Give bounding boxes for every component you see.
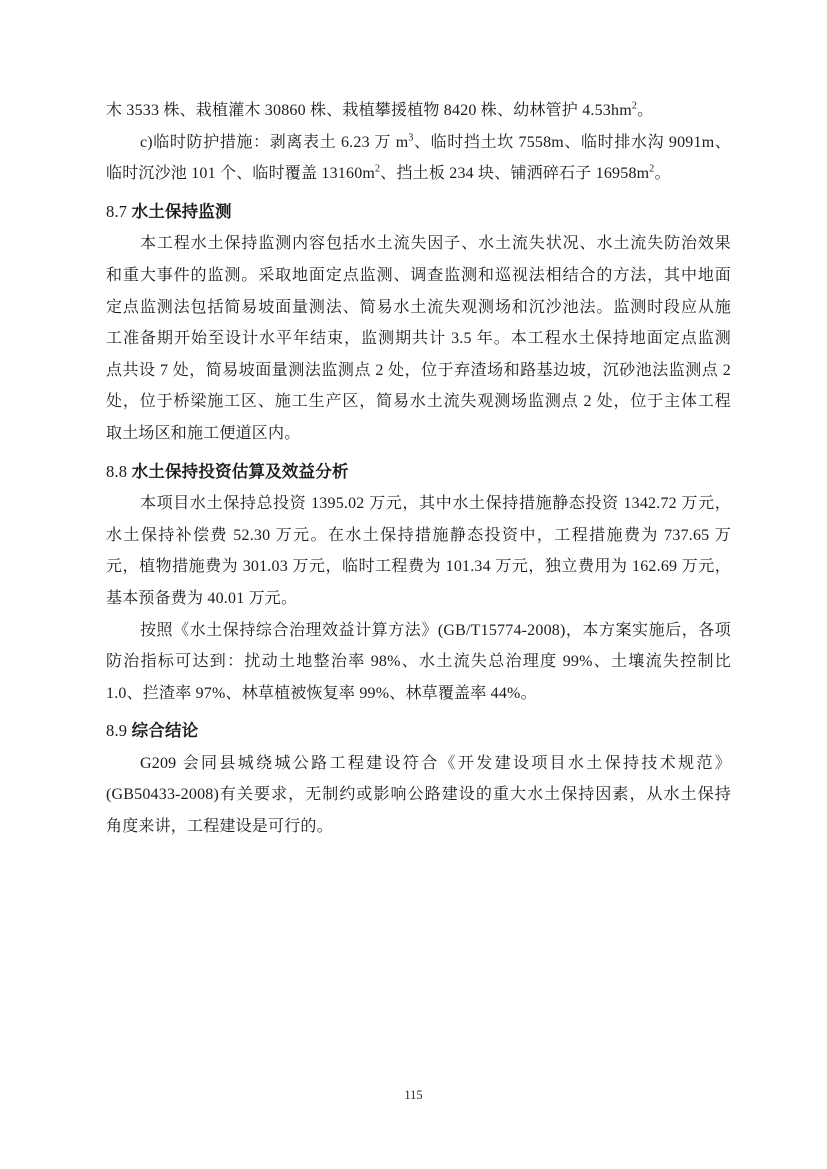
text-segment: (GB50433-2008)有关要求，无制约或影响公路建设的重大水土保持因素，从… xyxy=(106,786,731,803)
text-segment: 本项目水土保持总投资 1395.02 万元，其中水土保持措施静态投资 1342.… xyxy=(140,495,731,512)
text-line-continuation: 木 3533 株、栽植灌木 30860 株、栽植攀援植物 8420 株、幼林管护… xyxy=(106,95,731,127)
text-line: 角度来讲，工程建设是可行的。 xyxy=(106,811,731,843)
text-line: c)临时防护措施：剥离表土 6.23 万 m3、临时挡土坎 7558m、临时排水… xyxy=(106,127,731,159)
text-line: 本工程水土保持监测内容包括水土流失因子、水土流失状况、水土流失防治效果 xyxy=(106,228,731,260)
text-line: 工准备期开始至设计水平年结束，监测期共计 3.5 年。本工程水土保持地面定点监测 xyxy=(106,323,731,355)
text-line: 按照《水土保持综合治理效益计算方法》(GB/T15774-2008)，本方案实施… xyxy=(106,615,731,647)
document-page: 木 3533 株、栽植灌木 30860 株、栽植攀援植物 8420 株、幼林管护… xyxy=(0,0,827,1169)
text-segment: 本工程水土保持监测内容包括水土流失因子、水土流失状况、水土流失防治效果 xyxy=(140,235,731,252)
text-line: G209 会同县城绕城公路工程建设符合《开发建设项目水土保持技术规范》 xyxy=(106,748,731,780)
text-line: 点共设 7 处，简易坡面量测法监测点 2 处，位于弃渣场和路基边坡，沉砂池法监测… xyxy=(106,355,731,387)
text-line: (GB50433-2008)有关要求，无制约或影响公路建设的重大水土保持因素，从… xyxy=(106,779,731,811)
text-segment: 临时沉沙池 101 个、临时覆盖 13160m xyxy=(106,165,375,182)
text-segment: 点共设 7 处，简易坡面量测法监测点 2 处，位于弃渣场和路基边坡，沉砂池法监测… xyxy=(106,362,731,379)
text-segment: 角度来讲，工程建设是可行的。 xyxy=(106,818,333,835)
text-segment: 、临时挡土坎 7558m、临时排水沟 9091m、 xyxy=(414,134,731,151)
text-segment: 按照《水土保持综合治理效益计算方法》(GB/T15774-2008)，本方案实施… xyxy=(140,622,731,639)
text-segment: G209 会同县城绕城公路工程建设符合《开发建设项目水土保持技术规范》 xyxy=(140,755,731,772)
text-segment: 和重大事件的监测。采取地面定点监测、调查监测和巡视法相结合的方法，其中地面 xyxy=(106,267,731,284)
text-line: 取土场区和施工便道区内。 xyxy=(106,418,731,450)
text-segment: 。 xyxy=(637,102,653,119)
text-line: 防治指标可达到：扰动土地整治率 98%、水土流失总治理度 99%、土壤流失控制比 xyxy=(106,646,731,678)
section-heading-8-8: 8.8 水土保持投资估算及效益分析 xyxy=(106,456,731,489)
text-segment: 水土保持补偿费 52.30 万元。在水土保持措施静态投资中，工程措施费为 737… xyxy=(106,527,731,544)
text-segment: 1.0、拦渣率 97%、林草植被恢复率 99%、林草覆盖率 44%。 xyxy=(106,685,537,702)
text-line: 处，位于桥梁施工区、施工生产区，简易水土流失观测场监测点 2 处，位于主体工程 xyxy=(106,386,731,418)
text-segment: 元，植物措施费为 301.03 万元，临时工程费为 101.34 万元，独立费用… xyxy=(106,558,731,575)
text-segment: 木 3533 株、栽植灌木 30860 株、栽植攀援植物 8420 株、幼林管护… xyxy=(106,102,632,119)
text-segment: 8.8 xyxy=(106,462,132,481)
text-segment: 8.7 xyxy=(106,202,132,221)
document-lines: 木 3533 株、栽植灌木 30860 株、栽植攀援植物 8420 株、幼林管护… xyxy=(106,95,731,843)
text-line: 基本预备费为 40.01 万元。 xyxy=(106,583,731,615)
text-segment: 8.9 xyxy=(106,721,132,740)
text-segment: 取土场区和施工便道区内。 xyxy=(106,425,300,442)
text-line: 和重大事件的监测。采取地面定点监测、调查监测和巡视法相结合的方法，其中地面 xyxy=(106,260,731,292)
text-segment: c)临时防护措施：剥离表土 6.23 万 m xyxy=(140,134,408,151)
text-segment: 、挡土板 234 块、铺洒碎石子 16958m xyxy=(380,165,649,182)
page-number: 115 xyxy=(0,1088,827,1103)
text-segment: 防治指标可达到：扰动土地整治率 98%、水土流失总治理度 99%、土壤流失控制比 xyxy=(106,653,731,670)
text-segment: 。 xyxy=(655,165,671,182)
text-segment: 水土保持投资估算及效益分析 xyxy=(132,463,349,481)
text-line: 1.0、拦渣率 97%、林草植被恢复率 99%、林草覆盖率 44%。 xyxy=(106,678,731,710)
text-segment: 综合结论 xyxy=(132,722,199,740)
text-line: 临时沉沙池 101 个、临时覆盖 13160m2、挡土板 234 块、铺洒碎石子… xyxy=(106,158,731,190)
text-segment: 定点监测法包括简易坡面量测法、简易水土流失观测场和沉沙池法。监测时段应从施 xyxy=(106,299,731,316)
text-line: 元，植物措施费为 301.03 万元，临时工程费为 101.34 万元，独立费用… xyxy=(106,551,731,583)
text-segment: 处，位于桥梁施工区、施工生产区，简易水土流失观测场监测点 2 处，位于主体工程 xyxy=(106,393,731,410)
text-segment: 水土保持监测 xyxy=(132,203,232,221)
text-segment: 工准备期开始至设计水平年结束，监测期共计 3.5 年。本工程水土保持地面定点监测 xyxy=(106,330,731,347)
text-line: 水土保持补偿费 52.30 万元。在水土保持措施静态投资中，工程措施费为 737… xyxy=(106,520,731,552)
text-line: 本项目水土保持总投资 1395.02 万元，其中水土保持措施静态投资 1342.… xyxy=(106,488,731,520)
section-heading-8-7: 8.7 水土保持监测 xyxy=(106,196,731,229)
text-segment: 基本预备费为 40.01 万元。 xyxy=(106,590,297,607)
section-heading-8-9: 8.9 综合结论 xyxy=(106,715,731,748)
text-line: 定点监测法包括简易坡面量测法、简易水土流失观测场和沉沙池法。监测时段应从施 xyxy=(106,292,731,324)
